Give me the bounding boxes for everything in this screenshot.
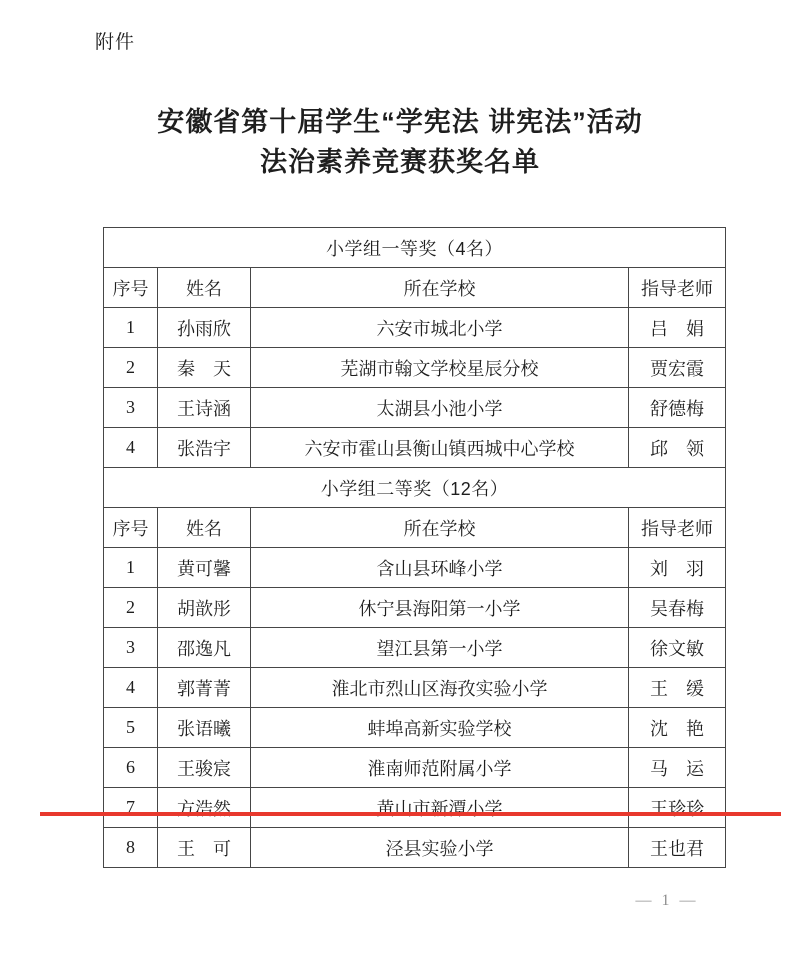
table-row: 7方浩然黄山市新潭小学王珍珍 xyxy=(104,788,726,828)
cell-teacher: 邱 领 xyxy=(629,428,726,468)
section-title-row: 小学组一等奖（4名） xyxy=(104,228,726,268)
cell-teacher: 贾宏霞 xyxy=(629,348,726,388)
title-line-1: 安徽省第十届学生“学宪法 讲宪法”活动 xyxy=(0,102,800,142)
table-row: 2秦 天芜湖市翰文学校星辰分校贾宏霞 xyxy=(104,348,726,388)
cell-school: 黄山市新潭小学 xyxy=(251,788,629,828)
cell-school: 泾县实验小学 xyxy=(251,828,629,868)
cell-index: 7 xyxy=(104,788,158,828)
cell-name: 郭菁菁 xyxy=(158,668,251,708)
award-table: 小学组一等奖（4名）序号姓名所在学校指导老师1孙雨欣六安市城北小学吕 娟2秦 天… xyxy=(103,227,726,868)
document-page: 附件 安徽省第十届学生“学宪法 讲宪法”活动 法治素养竞赛获奖名单 小学组一等奖… xyxy=(0,0,800,978)
section-title: 小学组一等奖（4名） xyxy=(104,228,726,268)
cell-school: 六安市城北小学 xyxy=(251,308,629,348)
column-header: 所在学校 xyxy=(251,508,629,548)
cell-school: 太湖县小池小学 xyxy=(251,388,629,428)
award-table-body: 小学组一等奖（4名）序号姓名所在学校指导老师1孙雨欣六安市城北小学吕 娟2秦 天… xyxy=(104,228,726,868)
table-row: 3王诗涵太湖县小池小学舒德梅 xyxy=(104,388,726,428)
cell-name: 邵逸凡 xyxy=(158,628,251,668)
red-underline-annotation xyxy=(40,812,781,816)
title-line-2: 法治素养竞赛获奖名单 xyxy=(0,142,800,182)
column-header: 序号 xyxy=(104,508,158,548)
table-row: 1孙雨欣六安市城北小学吕 娟 xyxy=(104,308,726,348)
cell-teacher: 吕 娟 xyxy=(629,308,726,348)
document-title: 安徽省第十届学生“学宪法 讲宪法”活动 法治素养竞赛获奖名单 xyxy=(0,102,800,182)
table-row: 4张浩宇六安市霍山县衡山镇西城中心学校邱 领 xyxy=(104,428,726,468)
cell-name: 张语曦 xyxy=(158,708,251,748)
cell-index: 4 xyxy=(104,428,158,468)
table-row: 6王骏宸淮南师范附属小学马 运 xyxy=(104,748,726,788)
column-header-row: 序号姓名所在学校指导老师 xyxy=(104,268,726,308)
cell-name: 王诗涵 xyxy=(158,388,251,428)
column-header: 指导老师 xyxy=(629,268,726,308)
cell-school: 淮北市烈山区海孜实验小学 xyxy=(251,668,629,708)
cell-name: 张浩宇 xyxy=(158,428,251,468)
cell-teacher: 王珍珍 xyxy=(629,788,726,828)
section-title-row: 小学组二等奖（12名） xyxy=(104,468,726,508)
cell-name: 王 可 xyxy=(158,828,251,868)
cell-school: 含山县环峰小学 xyxy=(251,548,629,588)
cell-teacher: 王也君 xyxy=(629,828,726,868)
cell-school: 休宁县海阳第一小学 xyxy=(251,588,629,628)
cell-teacher: 吴春梅 xyxy=(629,588,726,628)
cell-index: 8 xyxy=(104,828,158,868)
table-row: 1黄可馨含山县环峰小学刘 羽 xyxy=(104,548,726,588)
cell-teacher: 马 运 xyxy=(629,748,726,788)
column-header: 姓名 xyxy=(158,268,251,308)
table-row: 5张语曦蚌埠高新实验学校沈 艳 xyxy=(104,708,726,748)
cell-name: 秦 天 xyxy=(158,348,251,388)
cell-teacher: 刘 羽 xyxy=(629,548,726,588)
table-row: 4郭菁菁淮北市烈山区海孜实验小学王 缓 xyxy=(104,668,726,708)
table-row: 2胡歆彤休宁县海阳第一小学吴春梅 xyxy=(104,588,726,628)
cell-index: 3 xyxy=(104,388,158,428)
cell-school: 六安市霍山县衡山镇西城中心学校 xyxy=(251,428,629,468)
cell-school: 芜湖市翰文学校星辰分校 xyxy=(251,348,629,388)
cell-index: 2 xyxy=(104,588,158,628)
cell-name: 王骏宸 xyxy=(158,748,251,788)
cell-school: 淮南师范附属小学 xyxy=(251,748,629,788)
cell-name: 黄可馨 xyxy=(158,548,251,588)
column-header: 姓名 xyxy=(158,508,251,548)
table-row: 3邵逸凡望江县第一小学徐文敏 xyxy=(104,628,726,668)
cell-index: 1 xyxy=(104,308,158,348)
table-row: 8王 可泾县实验小学王也君 xyxy=(104,828,726,868)
section-title: 小学组二等奖（12名） xyxy=(104,468,726,508)
cell-index: 3 xyxy=(104,628,158,668)
cell-index: 6 xyxy=(104,748,158,788)
page-number: — 1 — xyxy=(622,892,712,910)
column-header: 指导老师 xyxy=(629,508,726,548)
cell-teacher: 徐文敏 xyxy=(629,628,726,668)
column-header: 所在学校 xyxy=(251,268,629,308)
column-header: 序号 xyxy=(104,268,158,308)
cell-school: 蚌埠高新实验学校 xyxy=(251,708,629,748)
cell-teacher: 沈 艳 xyxy=(629,708,726,748)
cell-teacher: 舒德梅 xyxy=(629,388,726,428)
cell-index: 5 xyxy=(104,708,158,748)
cell-school: 望江县第一小学 xyxy=(251,628,629,668)
cell-name: 胡歆彤 xyxy=(158,588,251,628)
cell-name: 方浩然 xyxy=(158,788,251,828)
cell-index: 2 xyxy=(104,348,158,388)
cell-name: 孙雨欣 xyxy=(158,308,251,348)
cell-teacher: 王 缓 xyxy=(629,668,726,708)
column-header-row: 序号姓名所在学校指导老师 xyxy=(104,508,726,548)
cell-index: 1 xyxy=(104,548,158,588)
cell-index: 4 xyxy=(104,668,158,708)
attachment-label: 附件 xyxy=(95,27,135,54)
